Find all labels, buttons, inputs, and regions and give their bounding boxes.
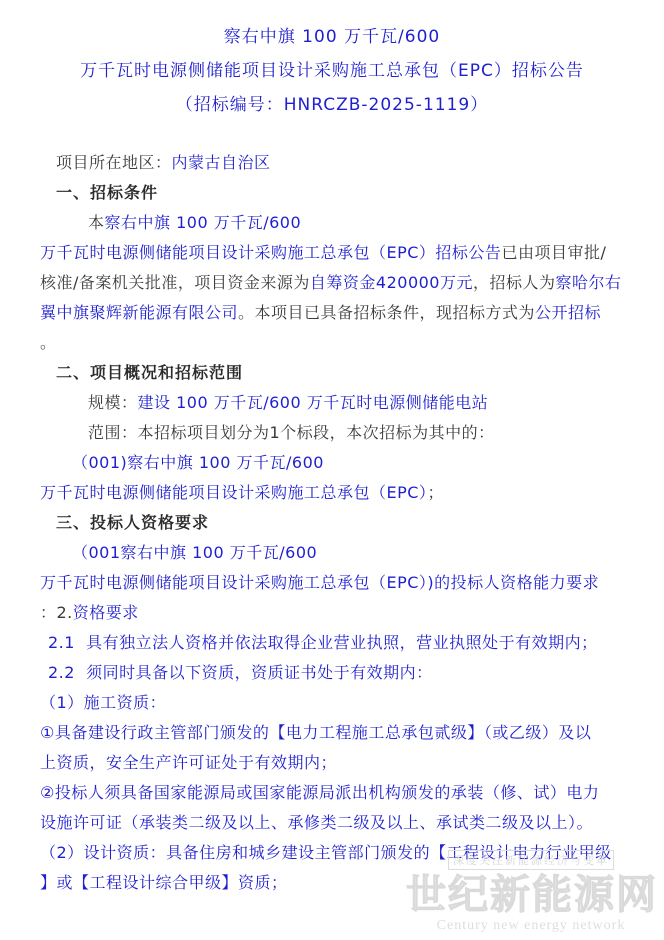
doc-line: 设施许可证（承装类二级及以上、承修类二级及以上、承试类二级及以上）。	[40, 808, 636, 838]
text-segment: （001)察右中旗 100 万千瓦/600	[72, 453, 324, 472]
doc-line: 。	[40, 328, 636, 358]
doc-line: 2.1 具有独立法人资格并依法取得企业营业执照，营业执照处于有效期内；	[48, 628, 636, 658]
text-segment: 万千瓦时电源侧储能项目设计采购施工总承包（EPC）)的投标人资格能力要求	[40, 573, 599, 592]
doc-line: ①具备建设行政主管部门颁发的【电力工程施工总承包贰级】（或乙级）及以	[40, 718, 636, 748]
document-body: 项目所在地区：内蒙古自治区一、招标条件本察右中旗 100 万千瓦/600万千瓦时…	[0, 148, 664, 898]
text-segment: （2）设计资质：具备住房和城乡建设主管部门颁发的【工程设计电力行业甲级	[40, 843, 612, 862]
doc-line: 2.2 须同时具备以下资质，资质证书处于有效期内：	[48, 658, 636, 688]
doc-line: 上资质，安全生产许可证处于有效期内；	[40, 748, 636, 778]
text-segment: 范围：本招标项目划分为1个标段，本次招标为其中的：	[88, 423, 495, 442]
doc-line: （2）设计资质：具备住房和城乡建设主管部门颁发的【工程设计电力行业甲级	[40, 838, 636, 868]
doc-line: ：2.资格要求	[40, 598, 636, 628]
doc-line: （001)察右中旗 100 万千瓦/600	[72, 448, 636, 478]
doc-line: 范围：本招标项目划分为1个标段，本次招标为其中的：	[88, 418, 636, 448]
section-heading: 二、项目概况和招标范围	[56, 358, 636, 388]
text-segment: 万千瓦时电源侧储能项目设计采购施工总承包（EPC）	[40, 483, 427, 502]
text-segment: 。本项目已具备招标条件，现招标方式为	[238, 303, 535, 322]
doc-line: 翼中旗聚辉新能源有限公司。本项目已具备招标条件，现招标方式为公开招标	[40, 298, 636, 328]
text-segment: 2.1 具有独立法人资格并依法取得企业营业执照，营业执照处于有效期内；	[48, 633, 598, 652]
tender-announcement-page: 察右中旗 100 万千瓦/600 万千瓦时电源侧储能项目设计采购施工总承包（EP…	[0, 0, 664, 940]
text-segment: 察右中旗 100 万千瓦/600	[105, 213, 302, 232]
doc-line: 规模：建设 100 万千瓦/600 万千瓦时电源侧储能电站	[88, 388, 636, 418]
doc-line: 核准/备案机关批准，项目资金来源为自筹资金420000万元，招标人为察哈尔右	[40, 268, 636, 298]
doc-line: （001察右中旗 100 万千瓦/600	[72, 538, 636, 568]
text-segment: 规模：	[88, 393, 138, 412]
doc-line: 万千瓦时电源侧储能项目设计采购施工总承包（EPC）招标公告已由项目审批/	[40, 238, 636, 268]
doc-line: 万千瓦时电源侧储能项目设计采购施工总承包（EPC）)的投标人资格能力要求	[40, 568, 636, 598]
text-segment: 资格要求	[73, 603, 139, 622]
text-segment: 本	[88, 213, 105, 232]
doc-line: 本察右中旗 100 万千瓦/600	[88, 208, 636, 238]
section-heading: 一、招标条件	[56, 178, 636, 208]
text-segment: 公开招标	[535, 303, 601, 322]
text-segment: （001察右中旗 100 万千瓦/600	[72, 543, 317, 562]
doc-line: 项目所在地区：内蒙古自治区	[56, 148, 636, 178]
text-segment: 二、项目概况和招标范围	[56, 363, 243, 382]
text-segment: 翼中旗聚辉新能源有限公司	[40, 303, 238, 322]
text-segment: 内蒙古自治区	[172, 153, 271, 172]
text-segment: （1）施工资质：	[40, 693, 166, 712]
title-line-3-tender-number: （招标编号：HNRCZB-2025-1119）	[0, 88, 664, 122]
text-segment: 建设 100 万千瓦/600 万千瓦时电源侧储能电站	[138, 393, 489, 412]
text-segment: 。	[40, 333, 57, 352]
text-segment: ①具备建设行政主管部门颁发的【电力工程施工总承包贰级】（或乙级）及以	[40, 723, 591, 742]
document-title: 察右中旗 100 万千瓦/600 万千瓦时电源侧储能项目设计采购施工总承包（EP…	[0, 0, 664, 122]
text-segment: 一、招标条件	[56, 183, 158, 202]
text-segment: ；	[427, 483, 444, 502]
doc-line: ②投标人须具备国家能源局或国家能源局派出机构颁发的承装（修、试）电力	[40, 778, 636, 808]
doc-line: 】或【工程设计综合甲级】资质；	[40, 868, 636, 898]
text-segment: 上资质，安全生产许可证处于有效期内；	[40, 753, 337, 772]
doc-line: 万千瓦时电源侧储能项目设计采购施工总承包（EPC）；	[40, 478, 636, 508]
doc-line: （1）施工资质：	[40, 688, 636, 718]
text-segment: 2.2 须同时具备以下资质，资质证书处于有效期内：	[48, 663, 433, 682]
text-segment: 万千瓦时电源侧储能项目设计采购施工总承包（EPC）招标公告	[40, 243, 501, 262]
text-segment: ：2.	[40, 603, 73, 622]
text-segment: ，招标人为	[473, 273, 556, 292]
section-heading: 三、投标人资格要求	[56, 508, 636, 538]
text-segment: 设施许可证（承装类二级及以上、承修类二级及以上、承试类二级及以上）。	[40, 813, 593, 832]
text-segment: 项目所在地区：	[56, 153, 172, 172]
title-line-1: 察右中旗 100 万千瓦/600	[0, 20, 664, 54]
text-segment: 三、投标人资格要求	[56, 513, 209, 532]
text-segment: ②投标人须具备国家能源局或国家能源局派出机构颁发的承装（修、试）电力	[40, 783, 599, 802]
text-segment: 察哈尔右	[556, 273, 622, 292]
text-segment: 自筹资金420000万元	[310, 273, 473, 292]
text-segment: 已由项目审批/	[501, 243, 606, 262]
title-line-2: 万千瓦时电源侧储能项目设计采购施工总承包（EPC）招标公告	[0, 54, 664, 88]
text-segment: 】或【工程设计综合甲级】资质；	[40, 873, 288, 892]
text-segment: 核准/备案机关批准，项目资金来源为	[40, 273, 310, 292]
watermark-subtitle: Century new energy network	[406, 918, 656, 934]
